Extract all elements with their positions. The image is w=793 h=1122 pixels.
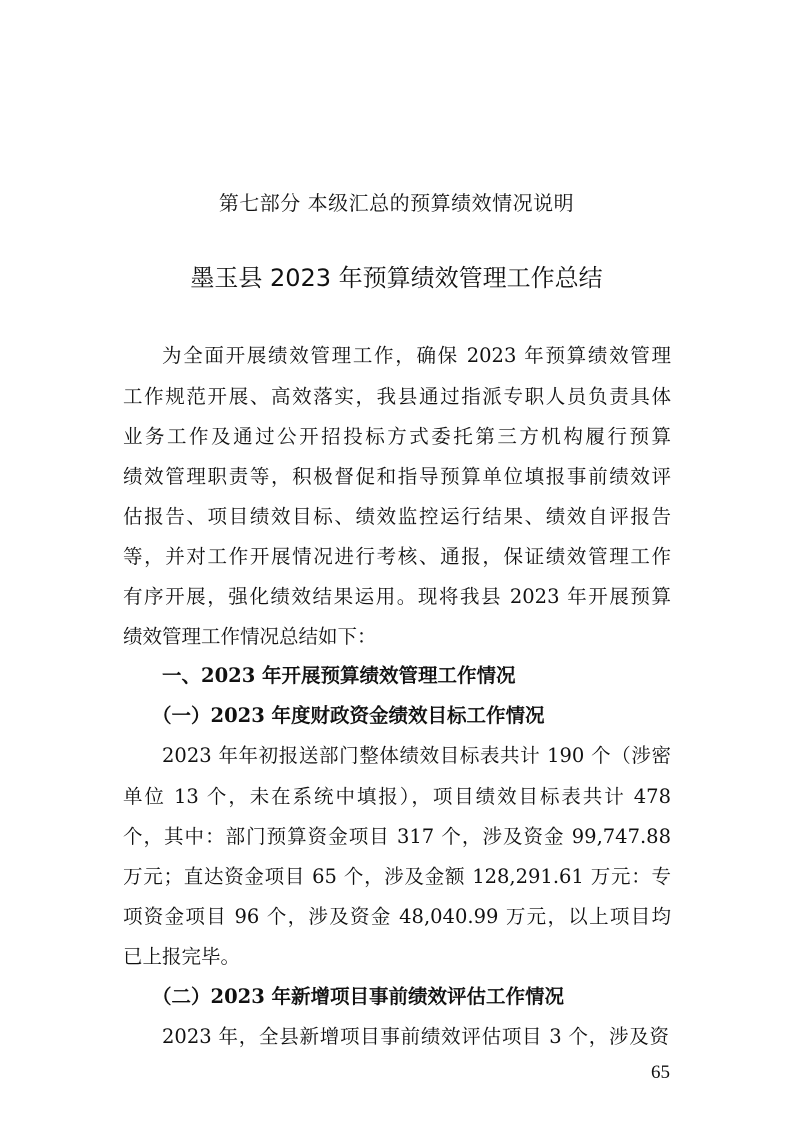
paragraph-line: 业务工作及通过公开招投标方式委托第三方机构履行预算 (123, 421, 671, 449)
paragraph-line: 估报告、项目绩效目标、绩效监控运行结果、绩效自评报告 (123, 501, 671, 529)
paragraph-line: 等，并对工作开展情况进行考核、通报，保证绩效管理工作 (123, 541, 671, 569)
paragraph-line: 万元；直达资金项目 65 个，涉及金额 128,291.61 万元：专 (123, 861, 671, 889)
paragraph-line: 绩效管理工作情况总结如下： (123, 621, 671, 649)
paragraph-line: 2023 年年初报送部门整体绩效目标表共计 190 个（涉密 (162, 740, 671, 768)
subsection-heading: （二）2023 年新增项目事前绩效评估工作情况 (152, 981, 564, 1009)
paragraph-line: 单位 13 个，未在系统中填报），项目绩效目标表共计 478 (123, 781, 671, 809)
paragraph-line: 工作规范开展、高效落实，我县通过指派专职人员负责具体 (123, 381, 671, 409)
part-title: 第七部分 本级汇总的预算绩效情况说明 (0, 187, 793, 216)
page-number: 65 (651, 1062, 670, 1084)
document-page: 第七部分 本级汇总的预算绩效情况说明 墨玉县 2023 年预算绩效管理工作总结 … (0, 0, 793, 1122)
paragraph-line: 有序开展，强化绩效结果运用。现将我县 2023 年开展预算 (123, 581, 671, 609)
paragraph-line: 2023 年，全县新增项目事前绩效评估项目 3 个，涉及资 (162, 1021, 669, 1049)
paragraph-line: 绩效管理职责等，积极督促和指导预算单位填报事前绩效评 (123, 461, 671, 489)
paragraph-line: 项资金项目 96 个，涉及资金 48,040.99 万元，以上项目均 (123, 901, 671, 929)
paragraph-line: 已上报完毕。 (123, 941, 671, 969)
document-title: 墨玉县 2023 年预算绩效管理工作总结 (0, 258, 793, 293)
paragraph-line: 个，其中：部门预算资金项目 317 个，涉及资金 99,747.88 (123, 821, 671, 849)
paragraph-line: 为全面开展绩效管理工作，确保 2023 年预算绩效管理 (162, 340, 671, 368)
section-heading: 一、2023 年开展预算绩效管理工作情况 (162, 660, 516, 688)
subsection-heading: （一）2023 年度财政资金绩效目标工作情况 (152, 700, 545, 728)
